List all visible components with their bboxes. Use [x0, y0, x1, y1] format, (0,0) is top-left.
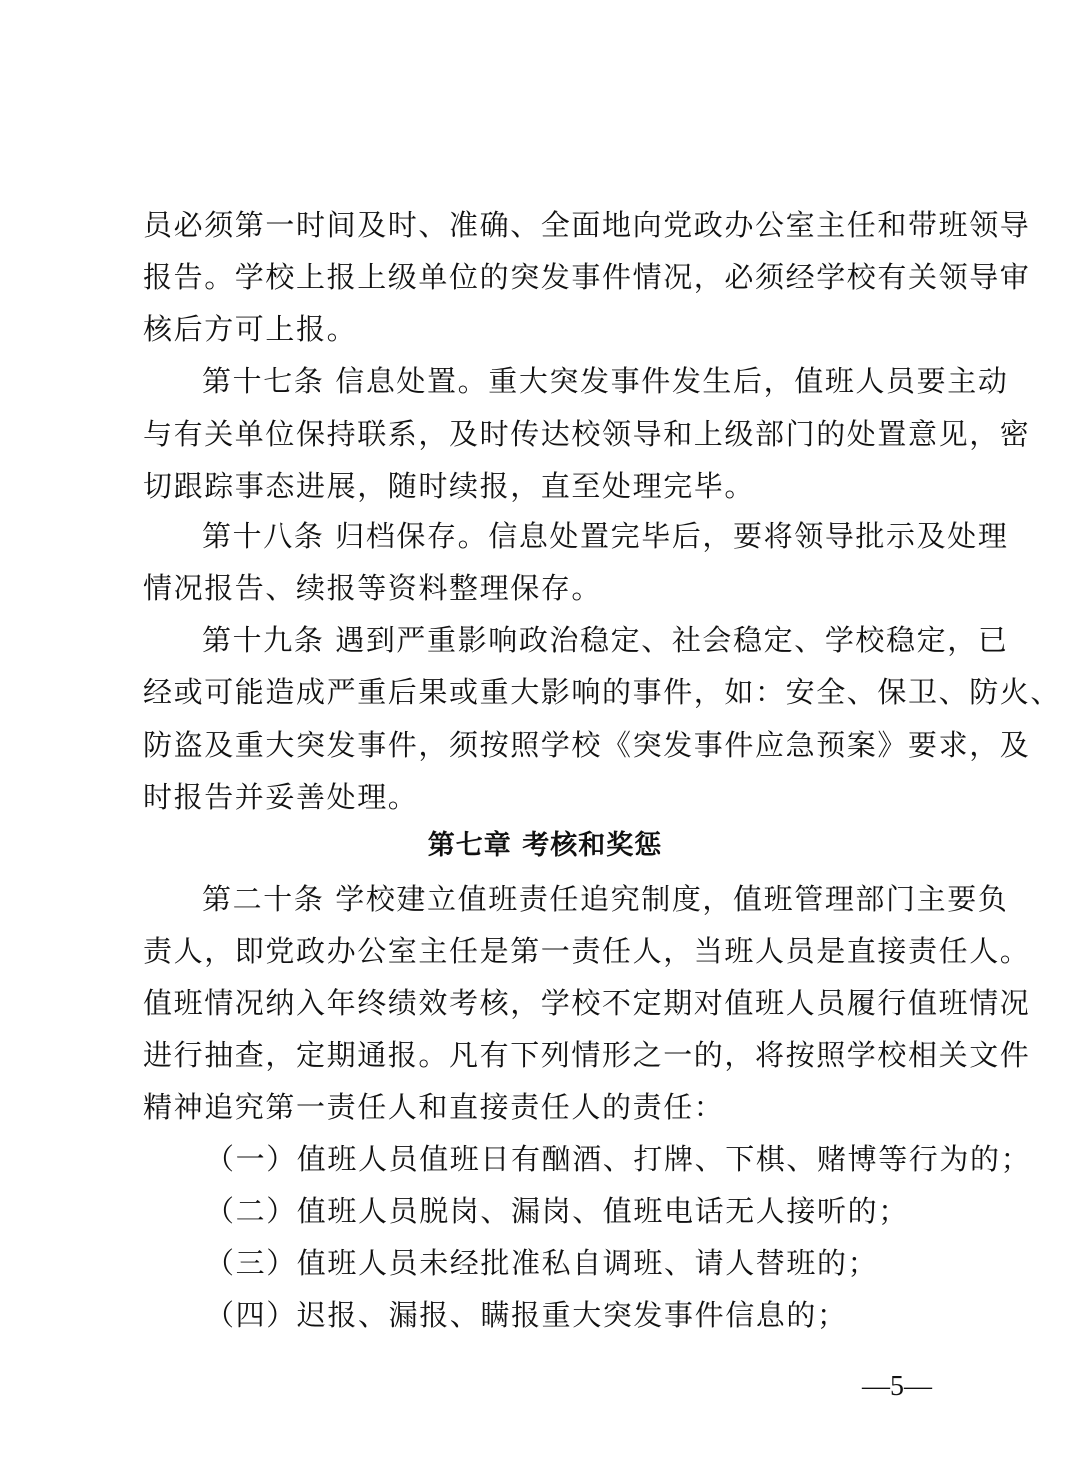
text-line: 精神追究第一责任人和直接责任人的责任： — [143, 1089, 963, 1125]
article-20-heading-line: 第二十条 学校建立值班责任追究制度，值班管理部门主要负 — [202, 881, 963, 917]
text-line: 员必须第一时间及时、准确、全面地向党政办公室主任和带班领导 — [143, 207, 963, 243]
list-item: （一）值班人员值班日有酗酒、打牌、下棋、赌博等行为的； — [205, 1141, 965, 1177]
list-item: （四）迟报、漏报、瞒报重大突发事件信息的； — [205, 1297, 965, 1333]
text-line: 情况报告、续报等资料整理保存。 — [143, 570, 963, 606]
text-line: 时报告并妥善处理。 — [143, 779, 963, 815]
text-line: 防盗及重大突发事件，须按照学校《突发事件应急预案》要求，及 — [143, 727, 963, 763]
document-page: 员必须第一时间及时、准确、全面地向党政办公室主任和带班领导 报告。学校上报上级单… — [0, 0, 1090, 1479]
text-line: 报告。学校上报上级单位的突发事件情况，必须经学校有关领导审 — [143, 259, 963, 295]
article-19-heading-line: 第十九条 遇到严重影响政治稳定、社会稳定、学校稳定，已 — [202, 622, 963, 658]
list-item: （二）值班人员脱岗、漏岗、值班电话无人接听的； — [205, 1193, 965, 1229]
article-17-heading-line: 第十七条 信息处置。重大突发事件发生后，值班人员要主动 — [202, 363, 963, 399]
text-line: 经或可能造成严重后果或重大影响的事件，如：安全、保卫、防火、 — [143, 674, 963, 710]
chapter-heading: 第七章 考核和奖惩 — [0, 828, 1090, 864]
text-line: 核后方可上报。 — [143, 311, 963, 347]
text-line: 值班情况纳入年终绩效考核，学校不定期对值班人员履行值班情况 — [143, 985, 963, 1021]
text-line: 与有关单位保持联系，及时传达校领导和上级部门的处置意见，密 — [143, 416, 963, 452]
text-line: 切跟踪事态进展，随时续报，直至处理完毕。 — [143, 468, 963, 504]
page-number: —5— — [862, 1372, 932, 1402]
text-line: 进行抽查，定期通报。凡有下列情形之一的，将按照学校相关文件 — [143, 1037, 963, 1073]
text-line: 责人，即党政办公室主任是第一责任人，当班人员是直接责任人。 — [143, 933, 963, 969]
article-18-heading-line: 第十八条 归档保存。信息处置完毕后，要将领导批示及处理 — [202, 518, 963, 554]
list-item: （三）值班人员未经批准私自调班、请人替班的； — [205, 1245, 965, 1281]
